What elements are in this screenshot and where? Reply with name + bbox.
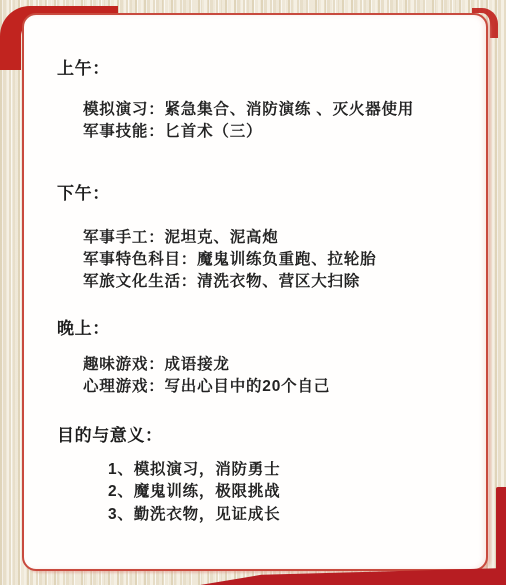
schedule-line: 1、模拟演习，消防勇士 xyxy=(108,460,280,480)
schedule-line: 军事技能：匕首术（三） xyxy=(83,122,262,142)
schedule-line: 军事特色科目：魔鬼训练负重跑、拉轮胎 xyxy=(83,250,376,270)
section-title-evening: 晚上： xyxy=(57,318,110,339)
section-title-morning: 上午： xyxy=(57,58,110,79)
schedule-line: 模拟演习：紧急集合、消防演练 、灭火器使用 xyxy=(83,100,414,120)
schedule-line: 军旅文化生活：清洗衣物、营区大扫除 xyxy=(83,272,360,292)
section-title-afternoon: 下午： xyxy=(57,183,110,204)
schedule-line: 心理游戏：写出心目中的20个自己 xyxy=(83,377,330,397)
camp-schedule-flyer: 上午： 模拟演习：紧急集合、消防演练 、灭火器使用 军事技能：匕首术（三） 下午… xyxy=(0,0,506,585)
schedule-card: 上午： 模拟演习：紧急集合、消防演练 、灭火器使用 军事技能：匕首术（三） 下午… xyxy=(22,13,488,571)
schedule-line: 军事手工：泥坦克、泥高炮 xyxy=(83,228,279,248)
schedule-line: 2、魔鬼训练，极限挑战 xyxy=(108,482,280,502)
section-title-purpose: 目的与意义： xyxy=(57,425,163,446)
schedule-line: 趣味游戏：成语接龙 xyxy=(83,355,230,375)
schedule-line: 3、勤洗衣物，见证成长 xyxy=(108,505,280,525)
